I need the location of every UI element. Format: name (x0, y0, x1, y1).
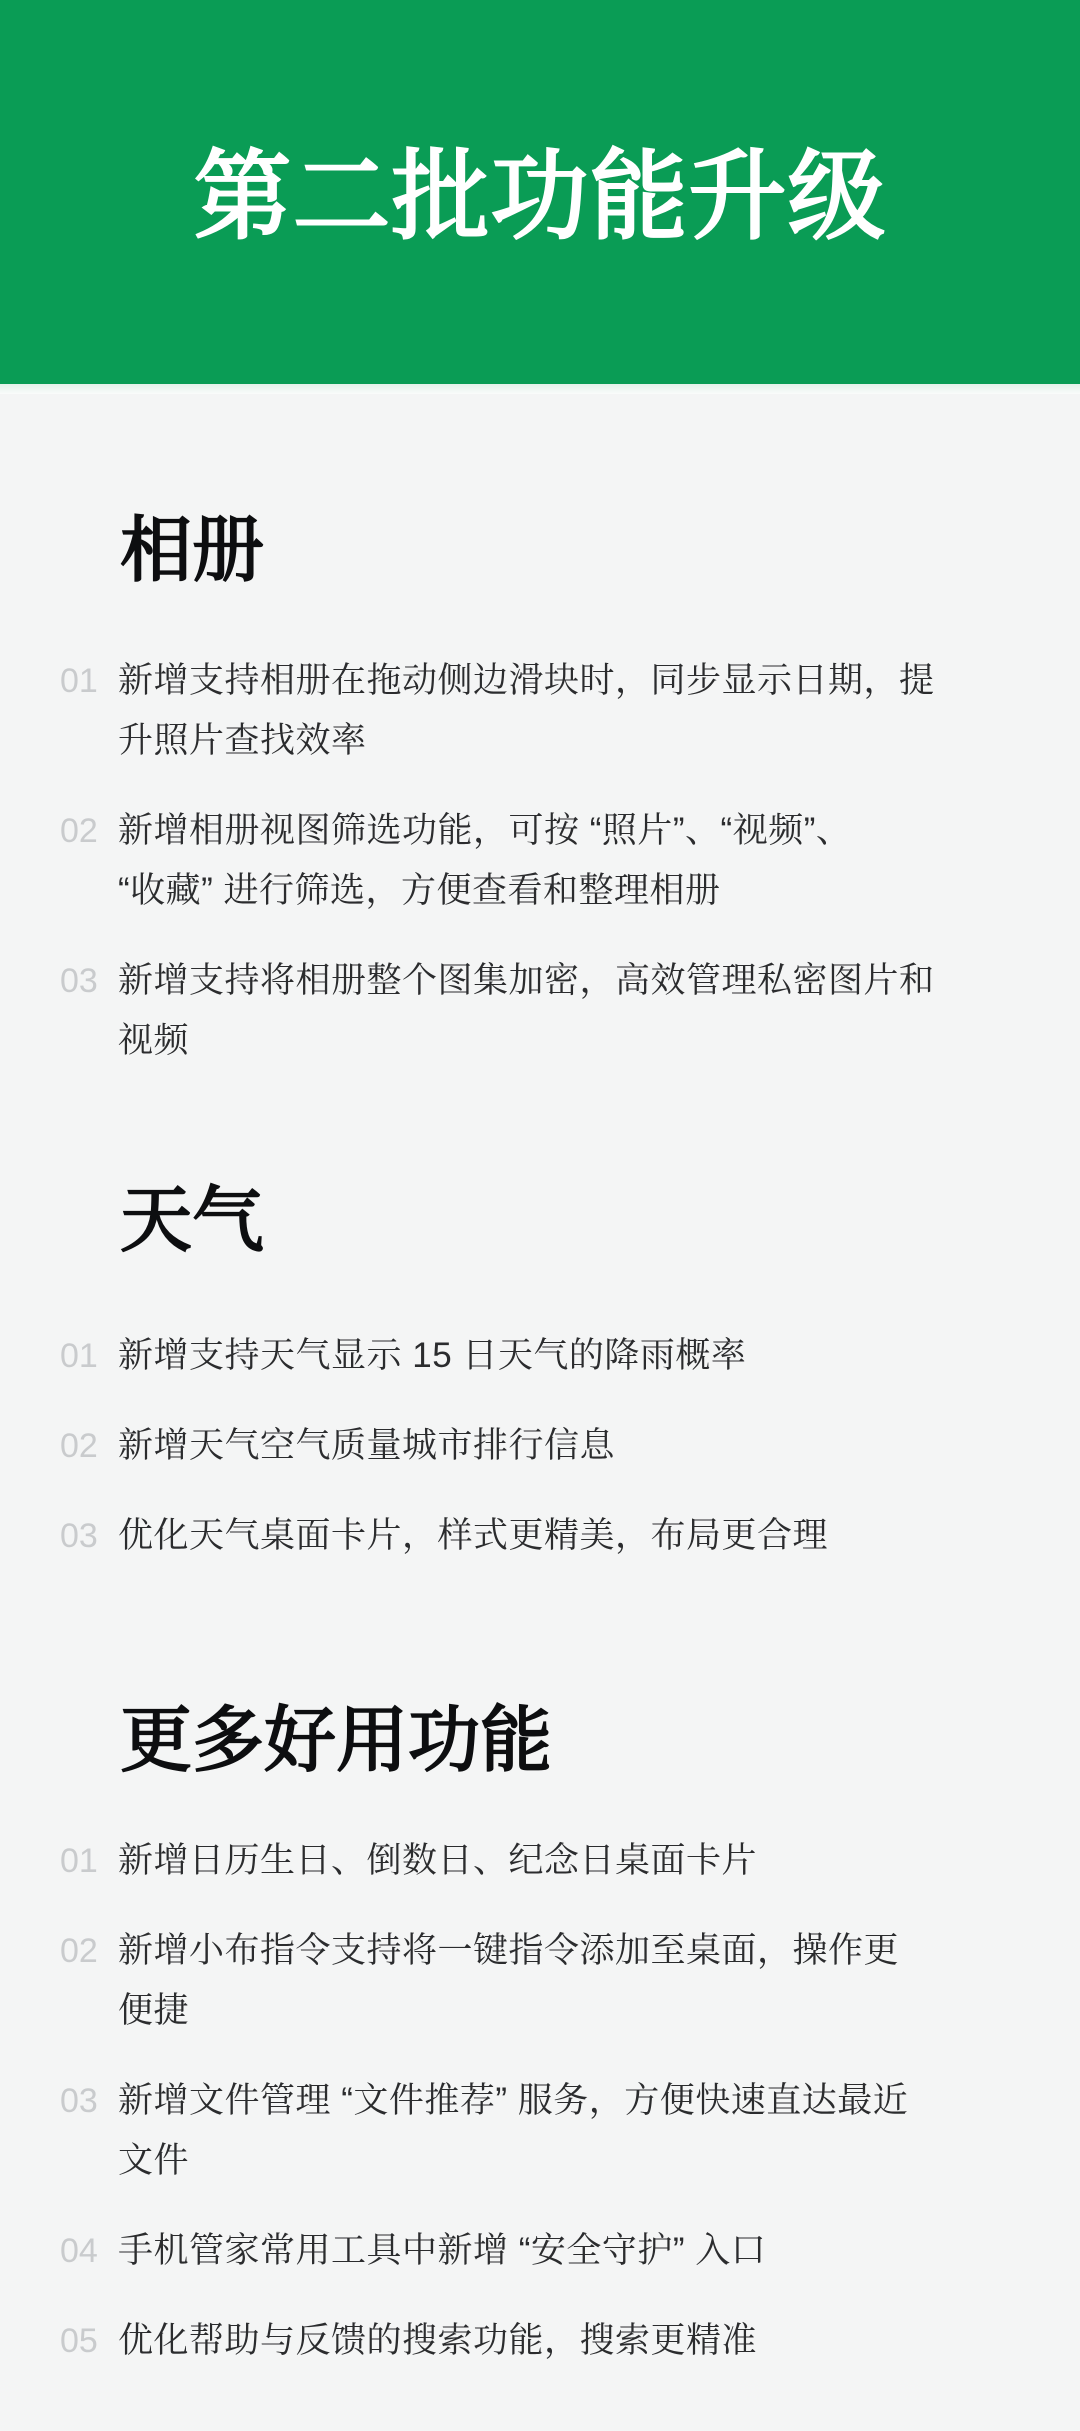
item-text-line: 升照片查找效率 (118, 711, 935, 771)
item-text: 新增支持将相册整个图集加密，高效管理私密图片和 视频 (118, 951, 935, 1071)
item-text-line: 新增日历生日、倒数日、纪念日桌面卡片 (118, 1831, 757, 1891)
item-text-line: 新增支持将相册整个图集加密，高效管理私密图片和 (118, 951, 935, 1011)
list-item: 03 新增文件管理 “文件推荐” 服务，方便快速直达最近 文件 (60, 2071, 1020, 2191)
item-number: 01 (60, 1831, 118, 1891)
item-text-line: 便捷 (118, 1981, 899, 2041)
item-number: 03 (60, 951, 118, 1011)
item-text: 手机管家常用工具中新增 “安全守护” 入口 (118, 2221, 766, 2281)
list-item: 04 手机管家常用工具中新增 “安全守护” 入口 (60, 2221, 1020, 2281)
item-text: 新增文件管理 “文件推荐” 服务，方便快速直达最近 文件 (118, 2071, 908, 2191)
list-item: 01 新增支持天气显示 15 日天气的降雨概率 (60, 1326, 1020, 1386)
item-text-line: 新增文件管理 “文件推荐” 服务，方便快速直达最近 (118, 2071, 908, 2131)
item-text-line: 视频 (118, 1011, 935, 1071)
item-text-line: 优化天气桌面卡片，样式更精美，布局更合理 (118, 1506, 828, 1566)
item-text: 新增相册视图筛选功能，可按 “照片”、“视频”、 “收藏” 进行筛选，方便查看和… (118, 801, 851, 921)
section-album: 相册 01 新增支持相册在拖动侧边滑块时，同步显示日期，提 升照片查找效率 02… (60, 394, 1020, 1071)
list-item: 05 优化帮助与反馈的搜索功能，搜索更精准 (60, 2311, 1020, 2371)
item-number: 02 (60, 1921, 118, 1981)
item-number: 01 (60, 1326, 118, 1386)
item-text: 优化帮助与反馈的搜索功能，搜索更精准 (118, 2311, 757, 2371)
item-text: 新增小布指令支持将一键指令添加至桌面，操作更 便捷 (118, 1921, 899, 2041)
item-text-line: 手机管家常用工具中新增 “安全守护” 入口 (118, 2221, 766, 2281)
item-text: 新增天气空气质量城市排行信息 (118, 1416, 615, 1476)
item-text-line: “收藏” 进行筛选，方便查看和整理相册 (118, 861, 851, 921)
hero-divider (0, 384, 1080, 394)
list-item: 03 新增支持将相册整个图集加密，高效管理私密图片和 视频 (60, 951, 1020, 1071)
item-text-line: 新增天气空气质量城市排行信息 (118, 1416, 615, 1476)
list-item: 03 优化天气桌面卡片，样式更精美，布局更合理 (60, 1506, 1020, 1566)
hero-banner: 第二批功能升级 (0, 0, 1080, 384)
list-item: 02 新增相册视图筛选功能，可按 “照片”、“视频”、 “收藏” 进行筛选，方便… (60, 801, 1020, 921)
list-item: 01 新增日历生日、倒数日、纪念日桌面卡片 (60, 1831, 1020, 1891)
item-text: 新增支持天气显示 15 日天气的降雨概率 (118, 1326, 746, 1386)
list-item: 02 新增小布指令支持将一键指令添加至桌面，操作更 便捷 (60, 1921, 1020, 2041)
item-number: 02 (60, 801, 118, 861)
item-number: 02 (60, 1416, 118, 1476)
feature-items: 01 新增支持相册在拖动侧边滑块时，同步显示日期，提 升照片查找效率 02 新增… (60, 651, 1020, 1071)
item-text: 优化天气桌面卡片，样式更精美，布局更合理 (118, 1506, 828, 1566)
feature-list: 相册 01 新增支持相册在拖动侧边滑块时，同步显示日期，提 升照片查找效率 02… (0, 394, 1080, 2431)
item-text-line: 新增小布指令支持将一键指令添加至桌面，操作更 (118, 1921, 899, 1981)
item-number: 03 (60, 1506, 118, 1566)
item-text-line: 新增相册视图筛选功能，可按 “照片”、“视频”、 (118, 801, 851, 861)
section-weather: 天气 01 新增支持天气显示 15 日天气的降雨概率 02 新增天气空气质量城市… (60, 1101, 1020, 1566)
item-text: 新增支持相册在拖动侧边滑块时，同步显示日期，提 升照片查找效率 (118, 651, 935, 771)
item-number: 01 (60, 651, 118, 711)
section-title: 天气 (120, 1101, 1020, 1266)
feature-items: 01 新增支持天气显示 15 日天气的降雨概率 02 新增天气空气质量城市排行信… (60, 1326, 1020, 1566)
feature-items: 01 新增日历生日、倒数日、纪念日桌面卡片 02 新增小布指令支持将一键指令添加… (60, 1831, 1020, 2371)
list-item: 01 新增支持相册在拖动侧边滑块时，同步显示日期，提 升照片查找效率 (60, 651, 1020, 771)
item-number: 05 (60, 2311, 118, 2371)
item-number: 04 (60, 2221, 118, 2281)
item-text: 新增日历生日、倒数日、纪念日桌面卡片 (118, 1831, 757, 1891)
list-item: 02 新增天气空气质量城市排行信息 (60, 1416, 1020, 1476)
section-more-features: 更多好用功能 01 新增日历生日、倒数日、纪念日桌面卡片 02 新增小布指令支持… (60, 1596, 1020, 2371)
page-title: 第二批功能升级 (193, 118, 886, 259)
item-text-line: 新增支持天气显示 15 日天气的降雨概率 (118, 1326, 746, 1386)
section-title: 更多好用功能 (120, 1596, 1020, 1786)
item-number: 03 (60, 2071, 118, 2131)
item-text-line: 优化帮助与反馈的搜索功能，搜索更精准 (118, 2311, 757, 2371)
item-text-line: 文件 (118, 2131, 908, 2191)
changelog-page: 第二批功能升级 相册 01 新增支持相册在拖动侧边滑块时，同步显示日期，提 升照… (0, 0, 1080, 2431)
item-text-line: 新增支持相册在拖动侧边滑块时，同步显示日期，提 (118, 651, 935, 711)
section-title: 相册 (120, 394, 1020, 596)
